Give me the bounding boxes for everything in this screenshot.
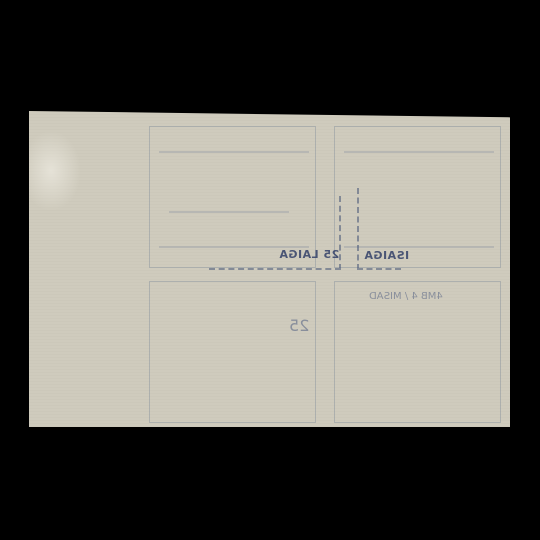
mirrored-value-left: 25 LAIGA: [279, 248, 339, 261]
stamp-bottom-left: [149, 281, 316, 423]
mirrored-overprint-right: 4MB 4 / MISAD: [369, 291, 443, 302]
ghost-line: [159, 151, 309, 153]
stamp-bottom-right: [334, 281, 501, 423]
mirrored-value-bottom: 25: [289, 316, 309, 335]
mirrored-value-right: ISAIGA: [364, 249, 409, 262]
stamp-block-reverse: 25 LAIGA ISAIGA 4MB 4 / MISAD 25: [29, 111, 510, 427]
ghost-line: [344, 151, 494, 153]
